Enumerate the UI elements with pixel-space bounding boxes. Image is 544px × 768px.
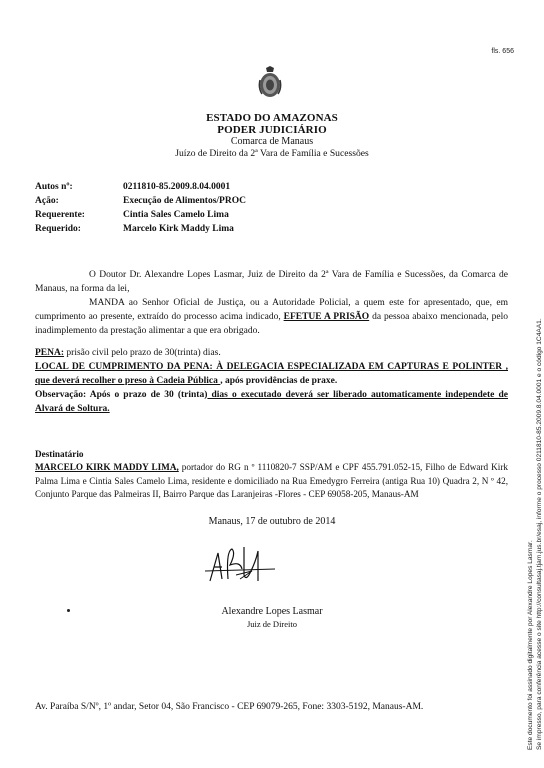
case-info: Autos nº:0211810-85.2009.8.04.0001 Ação:… — [35, 180, 246, 236]
mandate-paragraph: MANDA ao Senhor Oficial de Justiça, ou a… — [35, 296, 508, 338]
judiciary-title: PODER JUDICIÁRIO — [0, 125, 544, 137]
order-body: O Doutor Dr. Alexandre Lopes Lasmar, Jui… — [35, 268, 508, 338]
page-number: fls. 656 — [491, 48, 514, 55]
defendant: Marcelo Kirk Maddy Lima — [123, 222, 234, 236]
state-title: ESTADO DO AMAZONAS — [0, 113, 544, 125]
handwritten-signature-icon — [200, 541, 280, 587]
signer-role: Juiz de Direito — [0, 618, 544, 630]
penalty-line: PENA: prisão civil pelo prazo de 30(trin… — [35, 346, 508, 360]
recipient-section: Destinatário MARCELO KIRK MADDY LIMA, po… — [35, 448, 508, 501]
observation: Observação: Após o prazo de 30 (trinta) … — [35, 388, 508, 416]
case-number: 0211810-85.2009.8.04.0001 — [123, 180, 230, 194]
comarca: Comarca de Manaus — [0, 136, 544, 148]
plaintiff-row: Requerente:Cintia Sales Camelo Lima — [35, 208, 246, 222]
action-type: Execução de Alimentos/PROC — [123, 194, 246, 208]
recipient-title: Destinatário — [35, 448, 508, 461]
plaintiff: Cintia Sales Camelo Lima — [123, 208, 229, 222]
penalty-section: PENA: prisão civil pelo prazo de 30(trin… — [35, 346, 508, 416]
court-address: Av. Paraíba S/Nº, 1º andar, Setor 04, Sã… — [35, 700, 505, 714]
document-header: ESTADO DO AMAZONAS PODER JUDICIÁRIO Coma… — [0, 113, 544, 159]
court-name: Juízo de Direito da 2ª Vara de Família e… — [0, 148, 544, 160]
recipient-name: MARCELO KIRK MADDY LIMA, — [35, 462, 179, 472]
recipient-details: MARCELO KIRK MADDY LIMA, portador do RG … — [35, 461, 508, 501]
place-of-serving: LOCAL DE CUMPRIMENTO DA PENA: À DELEGACI… — [35, 360, 508, 388]
action-row: Ação:Execução de Alimentos/PROC — [35, 194, 246, 208]
coat-of-arms-icon — [258, 66, 282, 100]
date-line: Manaus, 17 de outubro de 2014 — [0, 516, 544, 527]
defendant-row: Requerido:Marcelo Kirk Maddy Lima — [35, 222, 246, 236]
case-number-row: Autos nº:0211810-85.2009.8.04.0001 — [35, 180, 246, 194]
digital-signature-note: Este documento foi assinado digitalmente… — [527, 318, 544, 750]
signer-block: Alexandre Lopes Lasmar Juiz de Direito — [0, 606, 544, 630]
signer-name: Alexandre Lopes Lasmar — [0, 606, 544, 618]
judge-intro-paragraph: O Doutor Dr. Alexandre Lopes Lasmar, Jui… — [35, 268, 508, 296]
arrest-order: EFETUE A PRISÃO — [284, 312, 370, 322]
